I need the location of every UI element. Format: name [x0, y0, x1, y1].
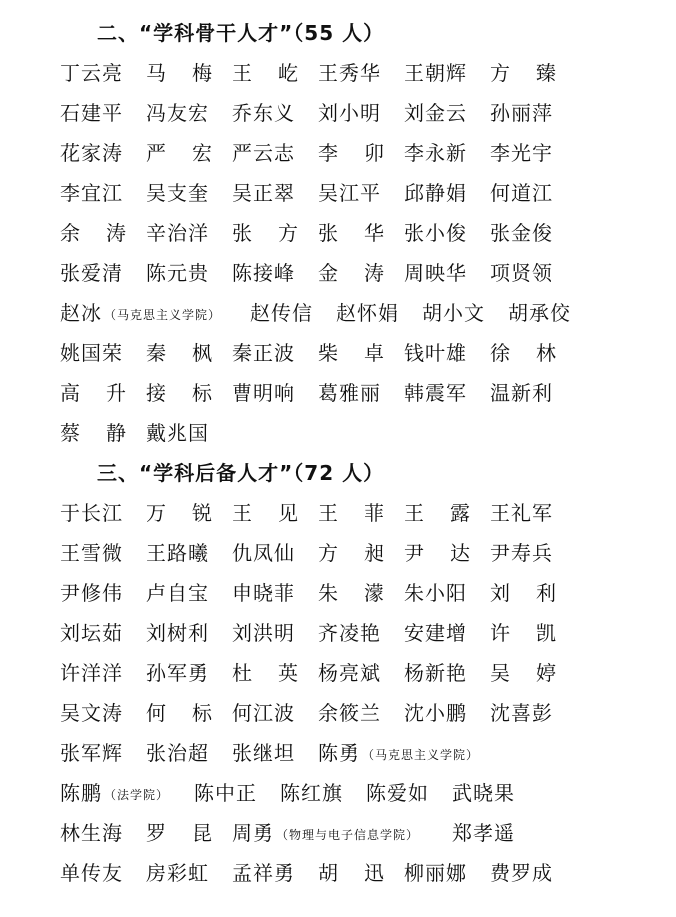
- person-name: 费罗成: [490, 858, 553, 888]
- person-name: 张爱清: [60, 258, 123, 288]
- person-name: 张继坦: [232, 738, 295, 768]
- person-name: 胡承佼: [508, 298, 571, 328]
- person-name: 林生海: [60, 818, 123, 848]
- person-name: 许洋洋: [60, 658, 123, 688]
- name-row: 尹修伟 卢自宝 申晓菲 朱濛 朱小阳 刘利: [60, 578, 660, 608]
- person-name: 温新利: [490, 378, 553, 408]
- person-name: 陈中正: [194, 778, 257, 808]
- person-name: 马梅: [146, 58, 212, 88]
- person-name: 葛雅丽: [318, 378, 381, 408]
- person-name: 姚国荣: [60, 338, 123, 368]
- person-name: 戴兆国: [146, 418, 209, 448]
- person-name: 王礼军: [490, 498, 553, 528]
- person-name: 吴江平: [318, 178, 381, 208]
- person-name: 张小俊: [404, 218, 467, 248]
- person-name: 胡迅: [318, 858, 384, 888]
- name-row: 陈鹏（法学院） 陈中正 陈红旗 陈爱如 武晓果: [60, 778, 660, 808]
- person-name: 陈勇: [318, 738, 360, 768]
- name-row: 林生海 罗昆 周勇（物理与电子信息学院） 郑孝遥: [60, 818, 660, 848]
- person-name: 王秀华: [318, 58, 381, 88]
- person-name: 张军辉: [60, 738, 123, 768]
- person-name: 武晓果: [452, 778, 515, 808]
- person-name: 王雪微: [60, 538, 123, 568]
- person-name: 柴卓: [318, 338, 384, 368]
- person-name: 刘洪明: [232, 618, 295, 648]
- person-name: 李永新: [404, 138, 467, 168]
- person-name: 齐凌艳: [318, 618, 381, 648]
- person-name: 杨新艳: [404, 658, 467, 688]
- person-name: 尹达: [404, 538, 470, 568]
- person-name: 刘利: [490, 578, 556, 608]
- person-name: 赵怀娟: [336, 298, 399, 328]
- name-row: 花家涛 严宏 严云志 李卯 李永新 李光宇: [60, 138, 660, 168]
- name-row: 吴文涛 何标 何江波 余筱兰 沈小鹏 沈喜彭: [60, 698, 660, 728]
- person-name: 赵传信: [250, 298, 313, 328]
- person-name: 赵冰: [60, 298, 102, 328]
- person-name: 吴支奎: [146, 178, 209, 208]
- person-name: 乔东义: [232, 98, 295, 128]
- college-annotation: （马克思主义学院）: [362, 748, 479, 762]
- person-name: 刘坛茹: [60, 618, 123, 648]
- person-name: 项贤领: [490, 258, 553, 288]
- person-name: 王露: [404, 498, 470, 528]
- name-row: 余涛 辛治洋 张方 张华 张小俊 张金俊: [60, 218, 660, 248]
- section-heading-backbone-talent: 二、“学科骨干人才”（55 人）: [97, 18, 384, 48]
- person-name: 何江波: [232, 698, 295, 728]
- person-name: 陈元贵: [146, 258, 209, 288]
- person-name: 方臻: [490, 58, 556, 88]
- college-annotation: （马克思主义学院）: [104, 308, 221, 322]
- person-name: 刘金云: [404, 98, 467, 128]
- person-name: 邱静娟: [404, 178, 467, 208]
- person-name: 王路曦: [146, 538, 209, 568]
- name-row: 赵冰（马克思主义学院） 赵传信 赵怀娟 胡小文 胡承佼: [60, 298, 660, 328]
- person-name: 张治超: [146, 738, 209, 768]
- person-name: 徐林: [490, 338, 556, 368]
- college-annotation: （法学院）: [104, 788, 169, 802]
- person-name: 郑孝遥: [452, 818, 515, 848]
- person-name: 蔡静: [60, 418, 126, 448]
- person-name: 接标: [146, 378, 212, 408]
- person-name: 王朝辉: [404, 58, 467, 88]
- person-name: 胡小文: [422, 298, 485, 328]
- person-name: 金涛: [318, 258, 384, 288]
- name-row: 王雪微 王路曦 仇凤仙 方昶 尹达 尹寿兵: [60, 538, 660, 568]
- person-name: 王见: [232, 498, 298, 528]
- person-name: 李光宇: [490, 138, 553, 168]
- person-name: 高升: [60, 378, 126, 408]
- name-row: 李宜江 吴支奎 吴正翠 吴江平 邱静娟 何道江: [60, 178, 660, 208]
- person-name: 李卯: [318, 138, 384, 168]
- person-name: 安建增: [404, 618, 467, 648]
- person-name: 刘树利: [146, 618, 209, 648]
- person-name: 尹修伟: [60, 578, 123, 608]
- person-name: 陈爱如: [366, 778, 429, 808]
- person-name: 杨亮斌: [318, 658, 381, 688]
- person-name: 吴正翠: [232, 178, 295, 208]
- name-row: 于长江 万锐 王见 王菲 王露 王礼军: [60, 498, 660, 528]
- name-row: 刘坛茹 刘树利 刘洪明 齐凌艳 安建增 许凯: [60, 618, 660, 648]
- name-row: 许洋洋 孙军勇 杜英 杨亮斌 杨新艳 吴婷: [60, 658, 660, 688]
- person-name: 秦正波: [232, 338, 295, 368]
- name-row: 张军辉 张治超 张继坦 陈勇（马克思主义学院）: [60, 738, 660, 768]
- person-name: 王菲: [318, 498, 384, 528]
- person-name: 何标: [146, 698, 212, 728]
- person-name: 孙军勇: [146, 658, 209, 688]
- person-name: 陈鹏: [60, 778, 102, 808]
- name-row: 张爱清 陈元贵 陈接峰 金涛 周映华 项贤领: [60, 258, 660, 288]
- college-annotation: （物理与电子信息学院）: [276, 828, 419, 842]
- person-name: 杜英: [232, 658, 298, 688]
- person-name: 石建平: [60, 98, 123, 128]
- person-name: 申晓菲: [232, 578, 295, 608]
- person-name: 张方: [232, 218, 298, 248]
- person-name: 万锐: [146, 498, 212, 528]
- person-name: 钱叶雄: [404, 338, 467, 368]
- name-row: 石建平 冯友宏 乔东义 刘小明 刘金云 孙丽萍: [60, 98, 660, 128]
- person-name: 余筱兰: [318, 698, 381, 728]
- name-row: 丁云亮 马梅 王屹 王秀华 王朝辉 方臻: [60, 58, 660, 88]
- document-page: 二、“学科骨干人才”（55 人） 丁云亮 马梅 王屹 王秀华 王朝辉 方臻 石建…: [0, 0, 676, 917]
- person-name: 何道江: [490, 178, 553, 208]
- person-name: 许凯: [490, 618, 556, 648]
- person-name: 秦枫: [146, 338, 212, 368]
- person-name: 周勇: [232, 818, 274, 848]
- person-name: 朱濛: [318, 578, 384, 608]
- person-name: 陈接峰: [232, 258, 295, 288]
- person-name: 沈小鹏: [404, 698, 467, 728]
- person-name: 严云志: [232, 138, 295, 168]
- person-name: 卢自宝: [146, 578, 209, 608]
- person-name: 周映华: [404, 258, 467, 288]
- name-row: 高升 接标 曹明响 葛雅丽 韩震军 温新利: [60, 378, 660, 408]
- person-name: 花家涛: [60, 138, 123, 168]
- section-heading-reserve-talent: 三、“学科后备人才”（72 人）: [97, 458, 384, 488]
- person-name: 辛治洋: [146, 218, 209, 248]
- person-name: 冯友宏: [146, 98, 209, 128]
- name-row: 单传友 房彩虹 孟祥勇 胡迅 柳丽娜 费罗成: [60, 858, 660, 888]
- person-name: 沈喜彭: [490, 698, 553, 728]
- person-name: 方昶: [318, 538, 384, 568]
- person-name: 房彩虹: [146, 858, 209, 888]
- person-name: 陈红旗: [280, 778, 343, 808]
- person-name: 丁云亮: [60, 58, 123, 88]
- person-name: 吴婷: [490, 658, 556, 688]
- person-name: 刘小明: [318, 98, 381, 128]
- name-row: 姚国荣 秦枫 秦正波 柴卓 钱叶雄 徐林: [60, 338, 660, 368]
- person-name: 仇凤仙: [232, 538, 295, 568]
- person-name: 曹明响: [232, 378, 295, 408]
- person-name: 于长江: [60, 498, 123, 528]
- person-name: 余涛: [60, 218, 126, 248]
- name-row: 蔡静 戴兆国: [60, 418, 660, 448]
- person-name: 张华: [318, 218, 384, 248]
- person-name: 王屹: [232, 58, 298, 88]
- person-name: 孟祥勇: [232, 858, 295, 888]
- person-name: 柳丽娜: [404, 858, 467, 888]
- person-name: 罗昆: [146, 818, 212, 848]
- person-name: 严宏: [146, 138, 212, 168]
- person-name: 吴文涛: [60, 698, 123, 728]
- person-name: 单传友: [60, 858, 123, 888]
- person-name: 张金俊: [490, 218, 553, 248]
- person-name: 尹寿兵: [490, 538, 553, 568]
- person-name: 孙丽萍: [490, 98, 553, 128]
- person-name: 李宜江: [60, 178, 123, 208]
- person-name: 韩震军: [404, 378, 467, 408]
- person-name: 朱小阳: [404, 578, 467, 608]
